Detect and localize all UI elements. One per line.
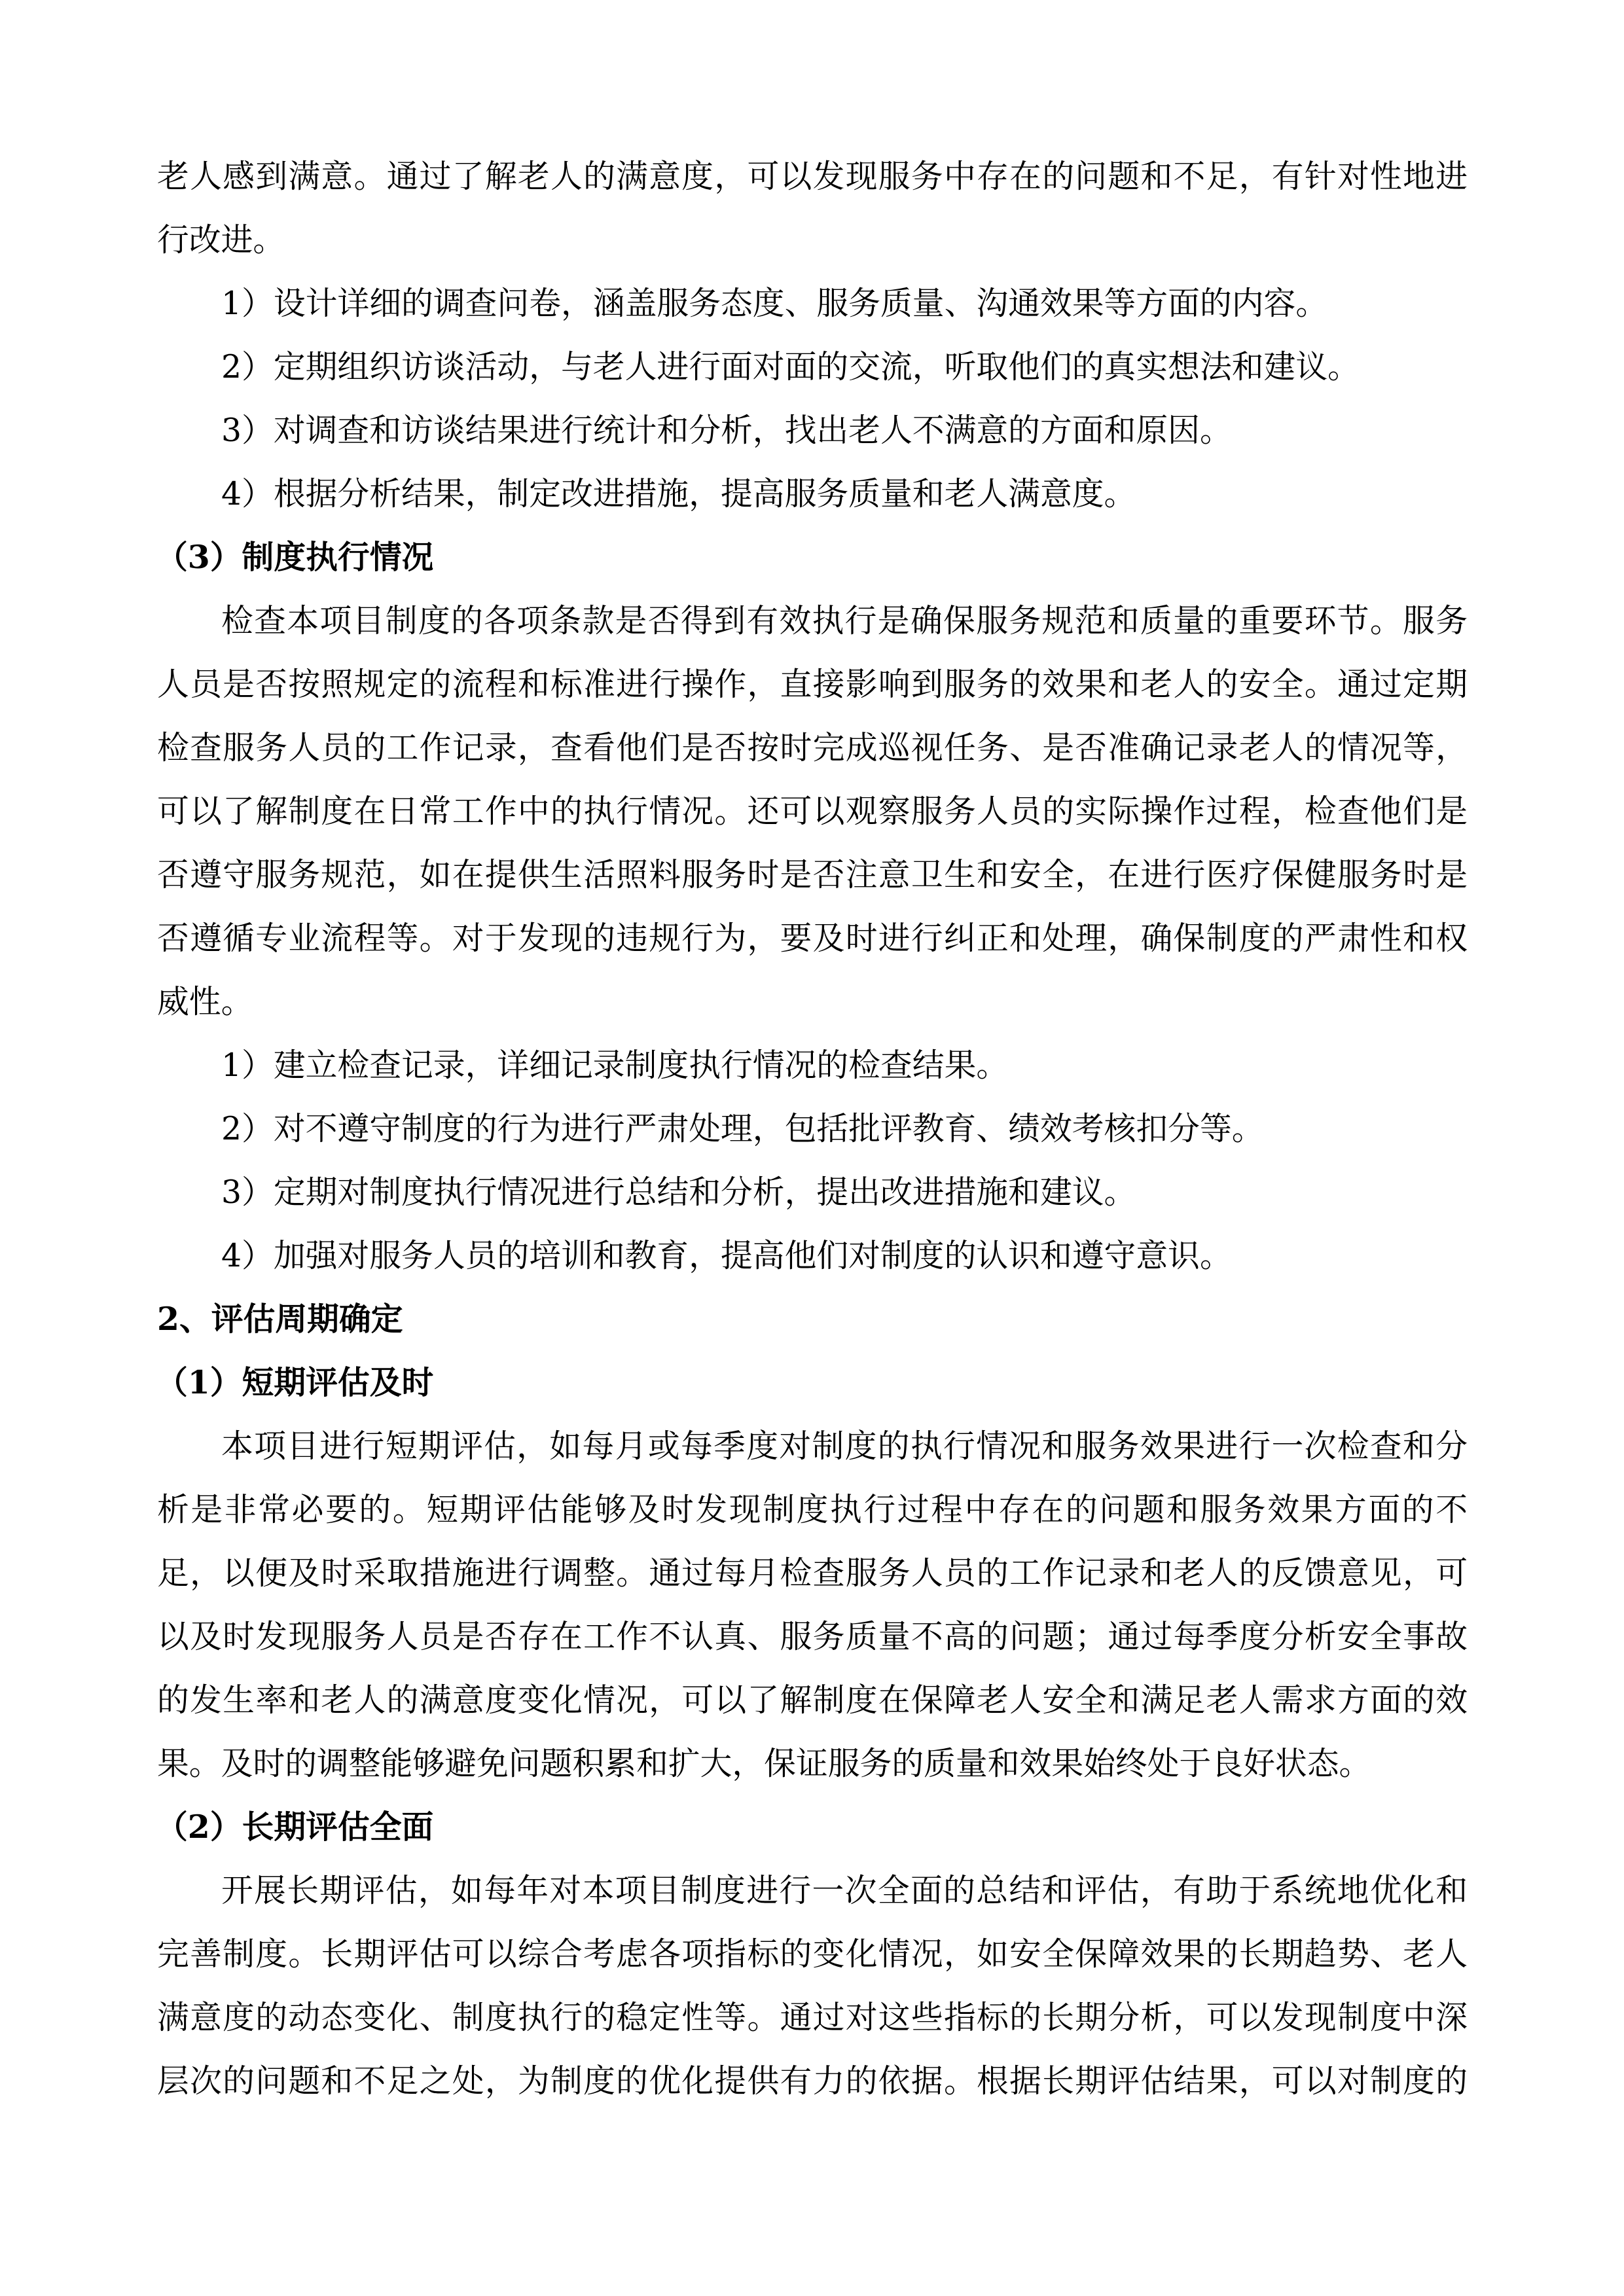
section-heading-3: （3）制度执行情况 [156, 526, 1468, 589]
list-item: 4）根据分析结果，制定改进措施，提高服务质量和老人满意度。 [157, 462, 1468, 526]
subsection-1-paragraph: 本项目进行短期评估，如每月或每季度对制度的执行情况和服务效果进行一次检查和分 析… [157, 1414, 1468, 1795]
section-heading-2: 2、评估周期确定 [157, 1287, 1468, 1351]
paragraph-line: 否遵循专业流程等。对于发现的违规行为，要及时进行纠正和处理，确保制度的严肃性和权 [157, 906, 1468, 970]
list-item: 1）设计详细的调查问卷，涵盖服务态度、服务质量、沟通效果等方面的内容。 [157, 272, 1468, 335]
paragraph-line: 否遵守服务规范，如在提供生活照料服务时是否注意卫生和安全，在进行医疗保健服务时是 [157, 843, 1468, 906]
list-item: 2）对不遵守制度的行为进行严肃处理，包括批评教育、绩效考核扣分等。 [157, 1097, 1468, 1160]
subsection-heading-1: （1）短期评估及时 [156, 1351, 1468, 1414]
paragraph-line: 开展长期评估，如每年对本项目制度进行一次全面的总结和评估，有助于系统地优化和 [157, 1859, 1468, 1922]
paragraph-line: 层次的问题和不足之处，为制度的优化提供有力的依据。根据长期评估结果，可以对制度的 [157, 2049, 1468, 2113]
paragraph-line: 本项目进行短期评估，如每月或每季度对制度的执行情况和服务效果进行一次检查和分 [157, 1414, 1468, 1478]
paragraph-line: 析是非常必要的。短期评估能够及时发现制度执行过程中存在的问题和服务效果方面的不 [157, 1478, 1468, 1541]
paragraph-line: 以及时发现服务人员是否存在工作不认真、服务质量不高的问题；通过每季度分析安全事故 [157, 1605, 1468, 1668]
paragraph-line: 人员是否按照规定的流程和标准进行操作，直接影响到服务的效果和老人的安全。通过定期 [157, 653, 1468, 716]
paragraph-line: 威性。 [157, 970, 1468, 1033]
paragraph-line: 的发生率和老人的满意度变化情况，可以了解制度在保障老人安全和满足老人需求方面的效 [157, 1668, 1468, 1732]
section-3-steps-list: 1）建立检查记录，详细记录制度执行情况的检查结果。 2）对不遵守制度的行为进行严… [157, 1033, 1468, 1287]
paragraph-line: 检查服务人员的工作记录，查看他们是否按时完成巡视任务、是否准确记录老人的情况等， [157, 716, 1468, 780]
continuation-paragraph: 老人感到满意。通过了解老人的满意度，可以发现服务中存在的问题和不足，有针对性地进… [157, 145, 1468, 272]
paragraph-line: 完善制度。长期评估可以综合考虑各项指标的变化情况，如安全保障效果的长期趋势、老人 [157, 1922, 1468, 1986]
satisfaction-steps-list: 1）设计详细的调查问卷，涵盖服务态度、服务质量、沟通效果等方面的内容。 2）定期… [157, 272, 1468, 526]
document-page: 老人感到满意。通过了解老人的满意度，可以发现服务中存在的问题和不足，有针对性地进… [157, 145, 1468, 2113]
paragraph-line: 满意度的动态变化、制度执行的稳定性等。通过对这些指标的长期分析，可以发现制度中深 [157, 1986, 1468, 2049]
list-item: 3）定期对制度执行情况进行总结和分析，提出改进措施和建议。 [157, 1160, 1468, 1224]
paragraph-line: 果。及时的调整能够避免问题积累和扩大，保证服务的质量和效果始终处于良好状态。 [157, 1732, 1468, 1795]
paragraph-line: 足，以便及时采取措施进行调整。通过每月检查服务人员的工作记录和老人的反馈意见，可 [157, 1541, 1468, 1605]
paragraph-line: 老人感到满意。通过了解老人的满意度，可以发现服务中存在的问题和不足，有针对性地进 [157, 145, 1468, 208]
list-item: 4）加强对服务人员的培训和教育，提高他们对制度的认识和遵守意识。 [157, 1224, 1468, 1287]
list-item: 3）对调查和访谈结果进行统计和分析，找出老人不满意的方面和原因。 [157, 399, 1468, 462]
list-item: 1）建立检查记录，详细记录制度执行情况的检查结果。 [157, 1033, 1468, 1097]
paragraph-line: 检查本项目制度的各项条款是否得到有效执行是确保服务规范和质量的重要环节。服务 [157, 589, 1468, 653]
list-item: 2）定期组织访谈活动，与老人进行面对面的交流，听取他们的真实想法和建议。 [157, 335, 1468, 399]
paragraph-line: 可以了解制度在日常工作中的执行情况。还可以观察服务人员的实际操作过程，检查他们是 [157, 780, 1468, 843]
paragraph-line: 行改进。 [157, 208, 1468, 272]
subsection-heading-2: （2）长期评估全面 [156, 1795, 1468, 1859]
subsection-2-paragraph: 开展长期评估，如每年对本项目制度进行一次全面的总结和评估，有助于系统地优化和 完… [157, 1859, 1468, 2113]
section-3-paragraph: 检查本项目制度的各项条款是否得到有效执行是确保服务规范和质量的重要环节。服务 人… [157, 589, 1468, 1033]
